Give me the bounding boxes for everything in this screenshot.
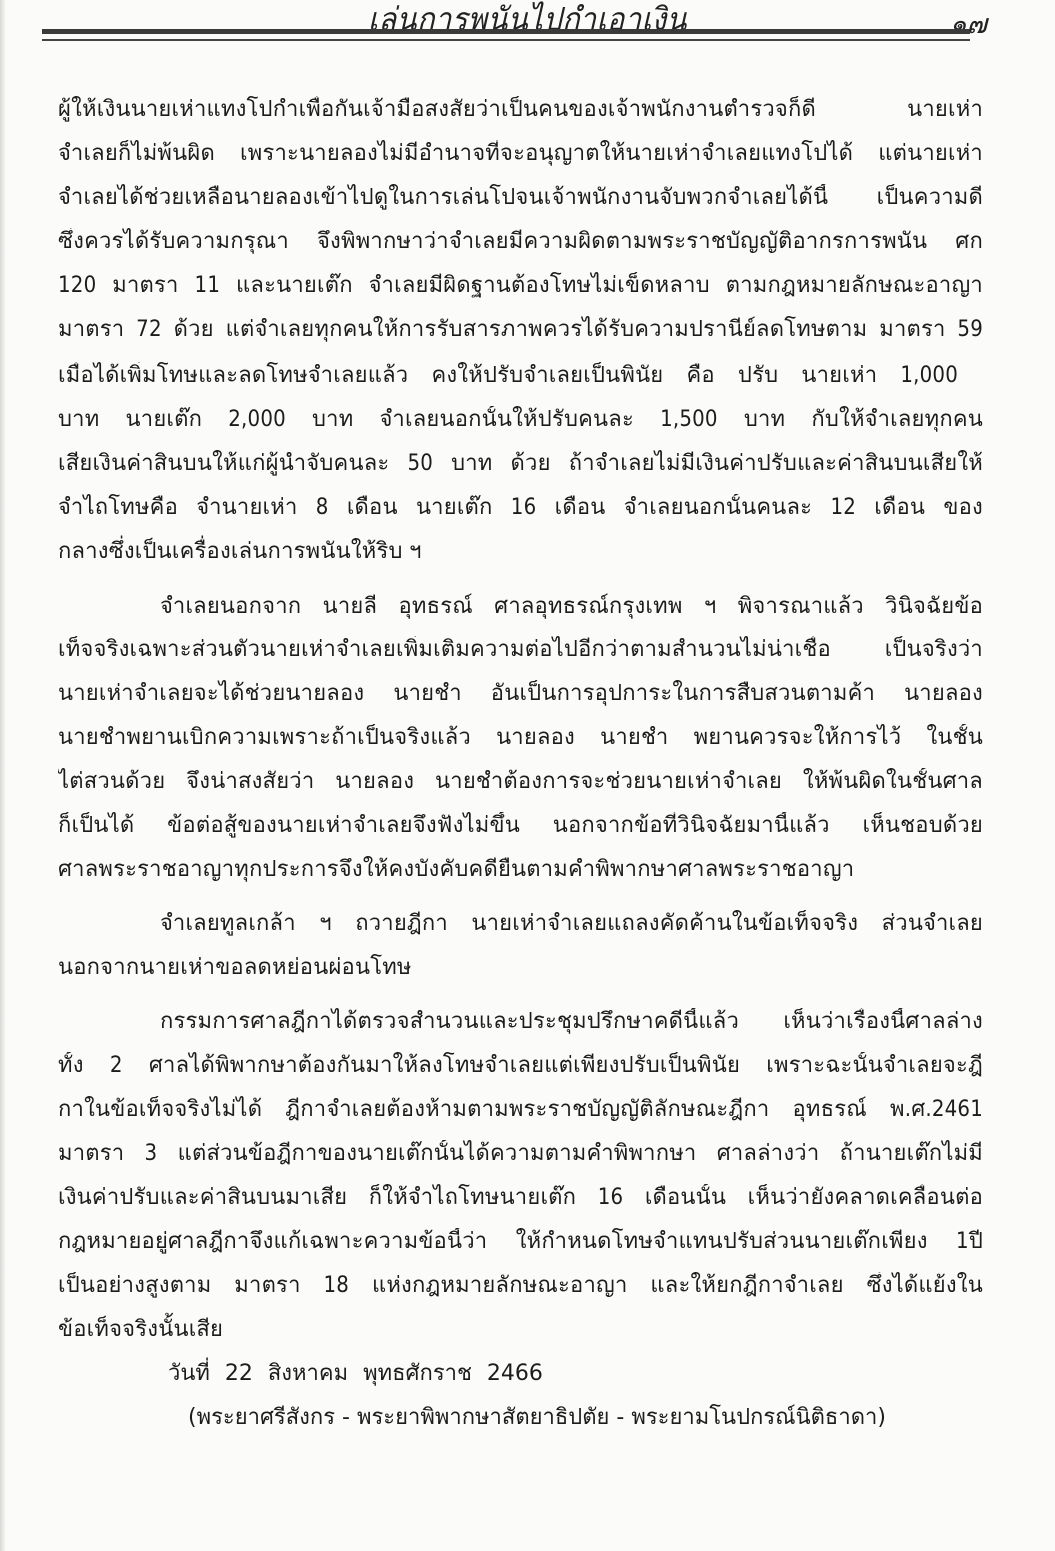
text-line: เป็นอย่างสูงตาม มาตรา 18 แห่งกฎหมายลักษณ… bbox=[58, 1272, 983, 1300]
text-line: นายชำพยานเบิกความเพราะถ้าเป็นจริงแล้ว นา… bbox=[58, 724, 983, 752]
text-line: เงินค่าปรับและค่าสินบนมาเสีย ก็ให้จำไถโท… bbox=[58, 1184, 983, 1212]
text-line: เสียเงินค่าสินบนให้แก่ผู้นำจับคนละ 50 บา… bbox=[58, 450, 983, 478]
text-line: กาในข้อเท็จจริงไม่ได้ ฎีกาจำเลยต้องห้ามต… bbox=[58, 1096, 983, 1124]
text-line: จำเลยก็ไม่พ้นผิด เพราะนายลองไม่มีอำนาจที… bbox=[58, 140, 983, 168]
text-line: ซึ่งควรได้รับความกรุณา จึงพิพากษาว่าจำเล… bbox=[58, 228, 983, 256]
text-line: เมื่อได้เพิ่มโทษและลดโทษจำเลยแล้ว คงให้ป… bbox=[58, 362, 958, 390]
text-line: ทั้ง 2 ศาลได้พิพากษาต้องกันมาให้ลงโทษจำเ… bbox=[58, 1052, 983, 1080]
text-line: จำเลยทูลเกล้า ฯ ถวายฎีกา นายเห่าจำเลยแถล… bbox=[160, 910, 983, 938]
text-line: จำเลยได้ช่วยเหลือนายลองเข้าไปดูในการเล่น… bbox=[58, 184, 983, 212]
text-line: มาตรา 3 แต่ส่วนข้อฎีกาของนายเต๊กนั้นได้ค… bbox=[58, 1140, 983, 1168]
header-rule-thin bbox=[42, 39, 970, 41]
text-line: มาตรา 72 ด้วย แต่จำเลยทุกคนให้การรับสารภ… bbox=[58, 316, 983, 344]
text-line: บาท นายเต๊ก 2,000 บาท จำเลยนอกนั้นให้ปรั… bbox=[58, 406, 983, 434]
judges-signatures: (พระยาศรีสังกร - พระยาพิพากษาสัตยาธิปตัย… bbox=[188, 1404, 886, 1432]
text-line: 120 มาตรา 11 และนายเต๊ก จำเลยมีผิดฐานต้อ… bbox=[58, 272, 983, 300]
text-line: จำเลยนอกจาก นายลี อุทธรณ์ ศาลอุทธรณ์กรุง… bbox=[160, 593, 983, 621]
text-line: นายเห่าจำเลยจะได้ช่วยนายลอง นายชำ อันเป็… bbox=[58, 680, 983, 708]
text-line: ก็เป็นได้ ข้อต่อสู้ของนายเห่าจำเลยจึงฟัง… bbox=[58, 812, 983, 840]
text-line: จำไถโทษคือ จำนายเห่า 8 เดือน นายเต๊ก 16 … bbox=[58, 494, 983, 522]
page-edge-shadow bbox=[0, 0, 6, 1551]
text-line: ผู้ให้เงินนายเห่าแทงโปกำเพื่อกันเจ้ามือส… bbox=[58, 96, 983, 124]
text-line: กฎหมายอยู่ศาลฎีกาจึงแก้เฉพาะความข้อนี้ว่… bbox=[58, 1228, 983, 1256]
text-line: นอกจากนายเห่าขอลดหย่อนผ่อนโทษ bbox=[58, 954, 983, 982]
text-line: เท็จจริงเฉพาะส่วนตัวนายเห่าจำเลยเพิ่มเติ… bbox=[58, 636, 983, 664]
text-line: กรรมการศาลฎีกาได้ตรวจสำนวนและประชุมปรึกษ… bbox=[160, 1008, 983, 1036]
text-line: กลางซึ่งเป็นเครื่องเล่นการพนันให้ริบ ฯ bbox=[58, 538, 983, 566]
judgment-date: วันที่ 22 สิงหาคม พุทธศักราช 2466 bbox=[168, 1360, 543, 1388]
header-rule-thick bbox=[42, 29, 970, 34]
document-page: เล่นการพนันไปกำเอาเงิน ๑๗ ผู้ให้เงินนายเ… bbox=[0, 0, 1055, 1551]
text-line: ไต่สวนด้วย จึงน่าสงสัยว่า นายลอง นายชำต้… bbox=[58, 768, 983, 796]
text-line: ข้อเท็จจริงนั้นเสีย bbox=[58, 1316, 983, 1344]
text-line: ศาลพระราชอาญาทุกประการจึงให้คงบังคับคดีย… bbox=[58, 856, 983, 884]
